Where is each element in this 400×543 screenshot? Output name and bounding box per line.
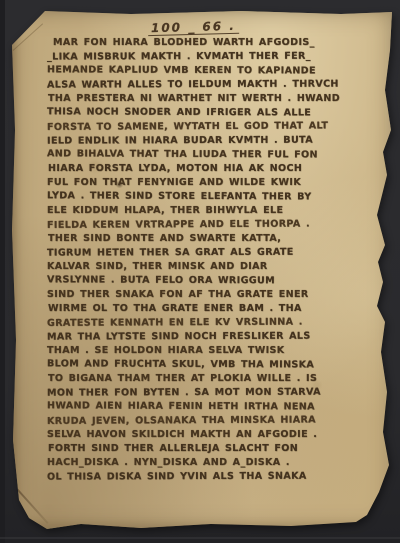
manuscript-line: HEMANDE KAPLIUD VMB KEREN TO KAPIANDE (47, 63, 377, 78)
paper-crease (16, 488, 48, 524)
page-number-row: 100 _ 66 . (2, 16, 384, 35)
page-number: 100 _ 66 . (147, 19, 238, 36)
manuscript-line: WIRME OL TO THA GRATE ENER BAM . THA (48, 302, 378, 316)
manuscript-line: AND BIHALVA THAT THA LIUDA THER FUL FON (47, 147, 377, 162)
manuscript-line: SIND THER SNAKA FON AF THA GRATE ENER (47, 288, 377, 302)
manuscript-line: HIARA FORSTA LYDA, MOTON HIA AK NOCH (48, 162, 378, 176)
manuscript-line: THA PRESTERA NI WARTHET NIT WERTH . HWAN… (48, 92, 378, 106)
manuscript-page: 100 _ 66 . MAR FON HIARA BLODHED WARTH A… (11, 10, 393, 531)
manuscript-line: TIGRUM HETEN THER SA GRAT ALS GRATE (47, 245, 377, 260)
manuscript-text: MAR FON HIARA BLODHED WARTH AFGODIS__LIK… (47, 36, 377, 484)
manuscript-line: MAR THA LYTSTE SIND NOCH FRESLIKER ALS (47, 329, 377, 344)
manuscript-line: SELVA HAVON SKILDICH MAKTH AN AFGODIE . (47, 428, 377, 442)
manuscript-line: ELE KIDDUM HLAPA, THER BIHWYLA ELE (47, 204, 377, 218)
manuscript-line: VRSLYNNE . BUTA FELO ORA WRIGGUM (47, 273, 377, 288)
manuscript-line: FORSTA TO SAMENE, WYTATH EL GOD THAT ALT (47, 119, 377, 135)
paper-wrap: 100 _ 66 . MAR FON HIARA BLODHED WARTH A… (11, 10, 393, 531)
manuscript-line: LYDA . THER SIND STORE ELEFANTA THER BY (47, 189, 377, 204)
manuscript-line: THAM . SE HOLDON HIARA SELVA TWISK (47, 344, 377, 358)
manuscript-line: ALSA WARTH ALLES TO IELDUM MAKTH . THRVC… (47, 77, 377, 92)
manuscript-line: FORTH SIND THER ALLERLEJA SLACHT FON (48, 442, 378, 456)
manuscript-line: FUL FON THAT FENYNIGE AND WILDE KWIK (47, 176, 377, 190)
manuscript-line: KALVAR SIND, THER MINSK AND DIAR (47, 260, 377, 274)
manuscript-line: GRATESTE KENNATH EN ELE KV VRSLINNA . (47, 315, 377, 331)
photo-bottom-seam (0, 537, 400, 539)
manuscript-line: IELD ENDLIK IN HIARA BUDAR KVMTH . BUTA (47, 133, 377, 148)
manuscript-line: BLOM AND FRUCHTA SKUL, VMB THA MINSKA (47, 357, 377, 372)
manuscript-line: _LIKA MISBRUK MAKTH . KVMATH THER FER_ (47, 49, 377, 64)
manuscript-line: THER SIND BONTE AND SWARTE KATTA, (48, 232, 378, 246)
manuscript-line: MAR FON HIARA BLODHED WARTH AFGODIS_ (53, 36, 377, 50)
manuscript-photo: 100 _ 66 . MAR FON HIARA BLODHED WARTH A… (0, 0, 400, 543)
manuscript-line: HACH_DISKA . NYN_DISKA AND A_DISKA . (47, 456, 377, 470)
manuscript-line: MON THER FON BYTEN . SA MOT MON STARVA (47, 385, 377, 400)
manuscript-line: TO BIGANA THAM THER AT PLOKIA WILLE . IS (48, 372, 378, 386)
manuscript-line: FIELDA KEREN VRTRAPPE AND ELE THORPA . (47, 217, 377, 233)
manuscript-line: OL THISA DISKA SIND YVIN ALS THA SNAKA (47, 469, 377, 484)
manuscript-line: KRUDA JEVEN, OLSANAKA THA MINSKA HIARA (47, 413, 377, 429)
